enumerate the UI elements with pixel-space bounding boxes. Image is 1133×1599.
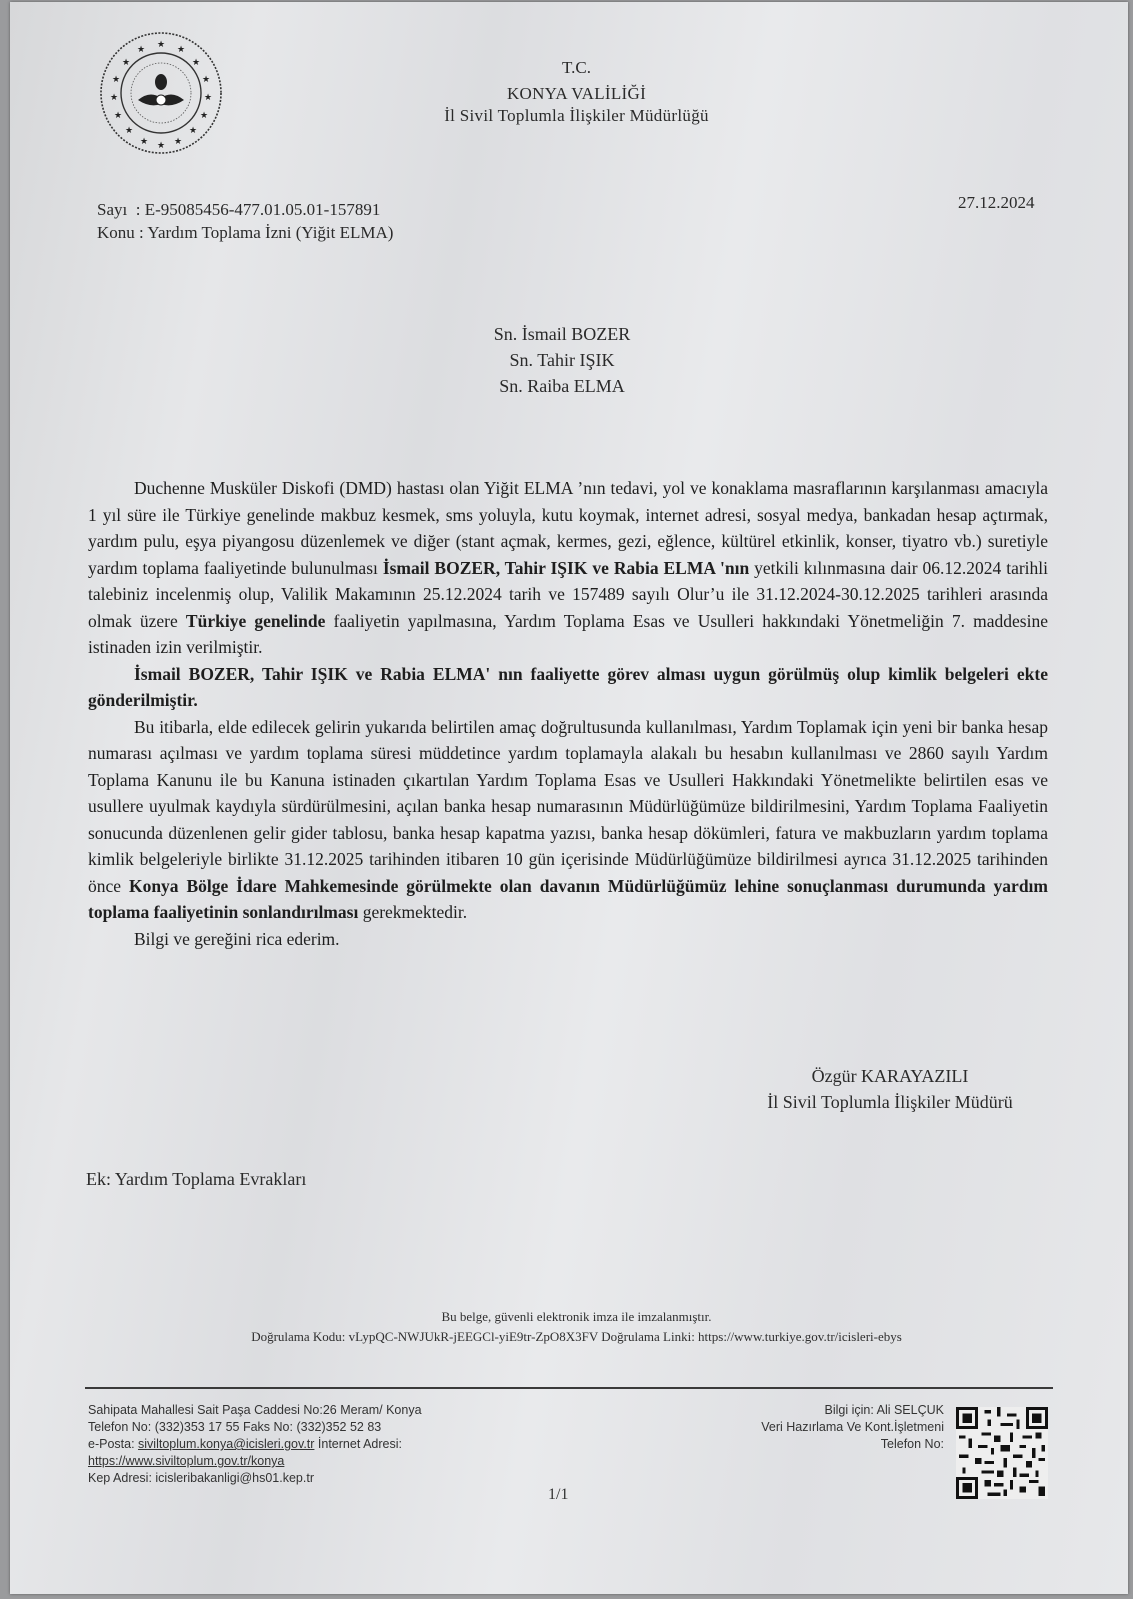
footer-email-link[interactable]: siviltoplum.konya@icisleri.gov.tr bbox=[138, 1437, 314, 1451]
paragraph-closing: Bilgi ve gereğini rica ederim. bbox=[88, 926, 1048, 953]
svg-text:★: ★ bbox=[125, 126, 133, 136]
footer-website-link[interactable]: https://www.siviltoplum.gov.tr/konya bbox=[88, 1453, 422, 1470]
footer-address: Sahipata Mahallesi Sait Paşa Caddesi No:… bbox=[88, 1402, 422, 1419]
attachment-note: Ek: Yardım Toplama Evrakları bbox=[86, 1169, 306, 1190]
svg-text:★: ★ bbox=[177, 45, 185, 55]
footer-phone-fax: Telefon No: (332)353 17 55 Faks No: (332… bbox=[88, 1419, 422, 1436]
paragraph-conditions: Bu itibarla, elde edilecek gelirin yukar… bbox=[88, 714, 1048, 926]
recipient: Sn. Tahir IŞIK bbox=[412, 350, 712, 371]
document-number: Sayı : E-95085456-477.01.05.01-157891 bbox=[97, 200, 380, 220]
letterhead-directorate: İl Sivil Toplumla İlişkiler Müdürlüğü bbox=[0, 106, 1133, 126]
sayi-value: : E-95085456-477.01.05.01-157891 bbox=[136, 200, 381, 219]
svg-text:★: ★ bbox=[157, 141, 165, 151]
document-subject: Konu : Yardım Toplama İzni (Yiğit ELMA) bbox=[97, 223, 393, 243]
svg-text:★: ★ bbox=[189, 126, 197, 136]
signatory-title: İl Sivil Toplumla İlişkiler Müdürü bbox=[720, 1092, 1060, 1113]
letter-body: Duchenne Musküler Diskofi (DMD) hastası … bbox=[88, 475, 1048, 952]
footer-divider bbox=[85, 1387, 1053, 1389]
signatory-name: Özgür KARAYAZILI bbox=[740, 1066, 1040, 1087]
document-date: 27.12.2024 bbox=[958, 193, 1035, 213]
sayi-label: Sayı bbox=[97, 200, 127, 219]
konu-value: : Yardım Toplama İzni (Yiğit ELMA) bbox=[139, 223, 393, 242]
paragraph-permission: Duchenne Musküler Diskofi (DMD) hastası … bbox=[88, 475, 1048, 661]
qr-code-icon bbox=[956, 1407, 1048, 1499]
verification-code[interactable]: Doğrulama Kodu: vLypQC-NWJUkR-jEEGCl-yiE… bbox=[0, 1329, 1133, 1345]
recipient: Sn. Raiba ELMA bbox=[412, 376, 712, 397]
konu-label: Konu bbox=[97, 223, 135, 242]
letterhead-tc: T.C. bbox=[0, 58, 1133, 78]
e-signature-note: Bu belge, güvenli elektronik imza ile im… bbox=[0, 1309, 1133, 1325]
svg-text:★: ★ bbox=[137, 45, 145, 55]
svg-text:★: ★ bbox=[157, 40, 165, 50]
footer-info-contact: Bilgi için: Ali SELÇUK Veri Hazırlama Ve… bbox=[700, 1402, 944, 1453]
paragraph-staff-approval: İsmail BOZER, Tahir IŞIK ve Rabia ELMA' … bbox=[88, 661, 1048, 714]
footer-kep: Kep Adresi: icisleribakanligi@hs01.kep.t… bbox=[88, 1470, 422, 1487]
recipient: Sn. İsmail BOZER bbox=[412, 324, 712, 345]
page-number: 1/1 bbox=[548, 1486, 568, 1504]
svg-text:★: ★ bbox=[174, 137, 182, 147]
footer-contact: Sahipata Mahallesi Sait Paşa Caddesi No:… bbox=[88, 1402, 422, 1487]
svg-text:★: ★ bbox=[140, 137, 148, 147]
letterhead-governorship: KONYA VALİLİĞİ bbox=[0, 84, 1133, 104]
